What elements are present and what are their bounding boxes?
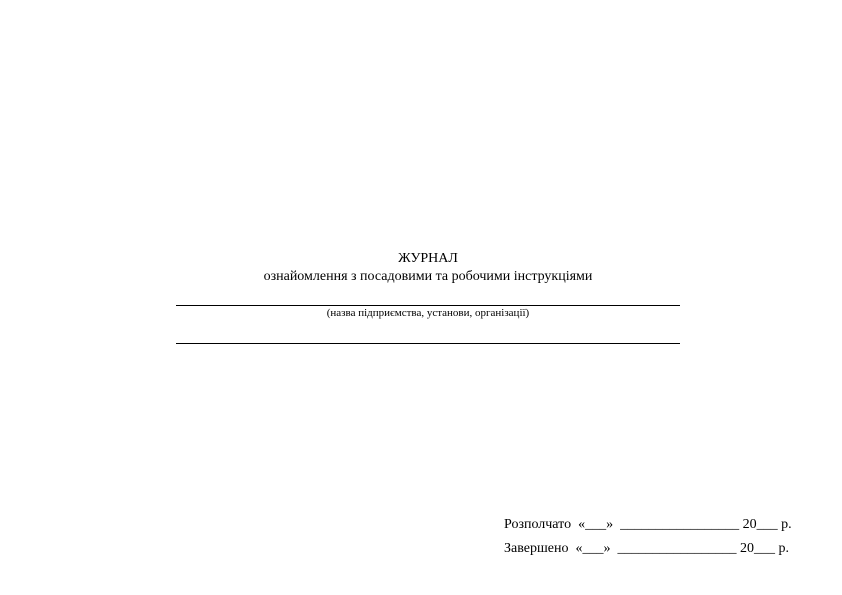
started-date-line: Розполчато «___» _________________ 20___… [504, 517, 792, 533]
journal-subtitle: ознайомлення з посадовими та робочими ін… [0, 269, 842, 285]
organization-name-line [176, 305, 680, 306]
finished-date-line: Завершено «___» _________________ 20___ … [504, 541, 789, 557]
organization-caption: (назва підприємства, установи, організац… [176, 307, 680, 320]
organization-extra-line [176, 343, 680, 344]
journal-title: ЖУРНАЛ [0, 251, 842, 267]
